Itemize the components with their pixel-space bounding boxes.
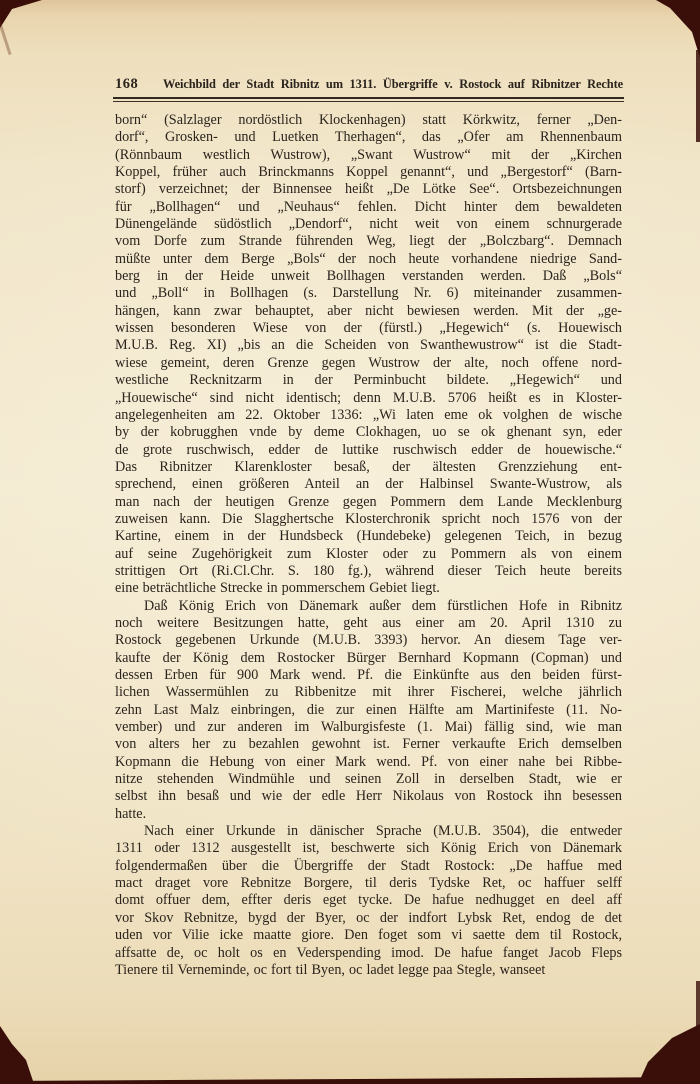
text-line: Kopmann die Hebung von einer Mark wend. …: [115, 754, 622, 771]
text-line: vor Skov Rebnitze, bygd der Byer, oc der…: [115, 910, 622, 927]
paragraph: Nach einer Urkunde in dänischer Sprache …: [115, 823, 622, 979]
text-line: de grote ruschwisch, edder de luttike ru…: [115, 442, 622, 459]
text-line: wissen besonderen Wiese von der (fürstl.…: [115, 320, 622, 337]
scan-edge-bottom-right: [638, 1024, 700, 1084]
text-line: wiese gemeint, deren Grenze gegen Wustro…: [115, 355, 622, 372]
text-line: uden vor Vilie icke maatte giore. Den fo…: [115, 927, 622, 944]
text-line: kaufte der König dem Rostocker Bürger Be…: [115, 650, 622, 667]
text-line: berg in der Heide unweit Bollhagen verst…: [115, 268, 622, 285]
text-line: Daß König Erich von Dänemark außer dem f…: [115, 598, 622, 615]
text-line: müßte unter dem Berge „Bols“ der noch he…: [115, 251, 622, 268]
text-line: vember) und zur anderen im Walburgisfest…: [115, 719, 622, 736]
scan-edge-bottom-left: [0, 1026, 34, 1084]
text-line: vom Dorfe zum Strande führenden Weg, lie…: [115, 233, 622, 250]
text-line: Kartine, einem in der Hundsbeck (Hundebe…: [115, 528, 622, 545]
text-line: nitze stehenden Windmühle und seinen Zol…: [115, 771, 622, 788]
text-line: hatte.: [115, 806, 622, 823]
text-line: 1311 oder 1312 ausgestellt ist, beschwer…: [115, 840, 622, 857]
running-title: Weichbild der Stadt Ribnitz um 1311. Übe…: [163, 77, 623, 92]
scan-edge-right-lower: [696, 981, 700, 1029]
text-line: affsatte de, oc holt os en Vederspending…: [115, 945, 622, 962]
text-line: von alters her zu bezahlen gewohnt ist. …: [115, 736, 622, 753]
scan-edge-top-left: [0, 0, 42, 28]
text-line: für „Bollhagen“ und „Neuhaus“ fehlen. Di…: [115, 199, 622, 216]
text-line: lichen Wassermühlen zu Ribbenitze mit ih…: [115, 684, 622, 701]
text-line: Rostock gegebenen Urkunde (M.U.B. 3393) …: [115, 632, 622, 649]
text-line: born“ (Salzlager nordöstlich Klockenhage…: [115, 112, 622, 129]
text-line: (Rönnbaum westlich Wustrow), „Swant Wust…: [115, 147, 622, 164]
text-line: Koppel, früher auch Brinckmanns Koppel g…: [115, 164, 622, 181]
scan-edge-bottom-strip: [0, 1075, 700, 1084]
text-line: zehn Last Malz einbringen, die zur einen…: [115, 702, 622, 719]
text-line: selbst ihn besaß und wie der edle Herr N…: [115, 788, 622, 805]
scan-edge-right-upper: [696, 50, 700, 142]
text-line: domt offuer dem, effter deris eget tycke…: [115, 892, 622, 909]
header-rule: [113, 97, 624, 102]
paragraph: born“ (Salzlager nordöstlich Klockenhage…: [115, 112, 622, 598]
text-line: M.U.B. Reg. XI) „bis an die Scheiden von…: [115, 337, 622, 354]
text-line: angelegenheiten am 22. Oktober 1336: „Wi…: [115, 407, 622, 424]
text-body: born“ (Salzlager nordöstlich Klockenhage…: [115, 112, 622, 979]
text-line: storf) verzeichnet; der Binnensee heißt …: [115, 181, 622, 198]
text-line: Tienere til Verneminde, oc fort til Byen…: [115, 962, 622, 979]
text-line: mact draget vore Rebnitze Borgere, til d…: [115, 875, 622, 892]
text-line: „Houewische“ sind nicht identisch; denn …: [115, 390, 622, 407]
text-line: Nach einer Urkunde in dänischer Sprache …: [115, 823, 622, 840]
text-line: man nach der heutigen Grenze gegen Pomme…: [115, 494, 622, 511]
text-line: zuweisen kann. Die Slagghertsche Kloster…: [115, 511, 622, 528]
paragraph: Daß König Erich von Dänemark außer dem f…: [115, 598, 622, 823]
scan-edge-top-right: [650, 0, 700, 58]
text-line: hängen, kann zwar behauptet, aber nicht …: [115, 303, 622, 320]
text-line: eine beträchtliche Strecke in pommersche…: [115, 580, 622, 597]
text-line: dessen Erben für 900 Mark wend. Pf. die …: [115, 667, 622, 684]
page-number: 168: [115, 76, 163, 93]
text-line: noch weitere Besitzungen hatte, geht aus…: [115, 615, 622, 632]
text-line: westliche Recknitzarm in der Perminbucht…: [115, 372, 622, 389]
text-line: dorf“, Grosken- und Luetken Therhagen“, …: [115, 129, 622, 146]
text-line: sprechend, einen größeren Anteil an der …: [115, 476, 622, 493]
scanned-book-page: 168 Weichbild der Stadt Ribnitz um 1311.…: [0, 0, 700, 1084]
text-line: strittigen Ort (Ri.Cl.Chr. S. 180 fg.), …: [115, 563, 622, 580]
page-header: 168 Weichbild der Stadt Ribnitz um 1311.…: [115, 76, 623, 93]
text-line: by der kobrugghen vnde by deme Clokhagen…: [115, 424, 622, 441]
text-line: Dünengelände südöstlich „Dendorf“, nicht…: [115, 216, 622, 233]
text-line: und „Boll“ in Bollhagen (s. Darstellung …: [115, 285, 622, 302]
text-line: Das Ribnitzer Klarenkloster besaß, der ä…: [115, 459, 622, 476]
text-line: folgendermaßen über die Übergriffe der S…: [115, 858, 622, 875]
text-line: auf seine Zugehörigkeit zum Kloster oder…: [115, 546, 622, 563]
